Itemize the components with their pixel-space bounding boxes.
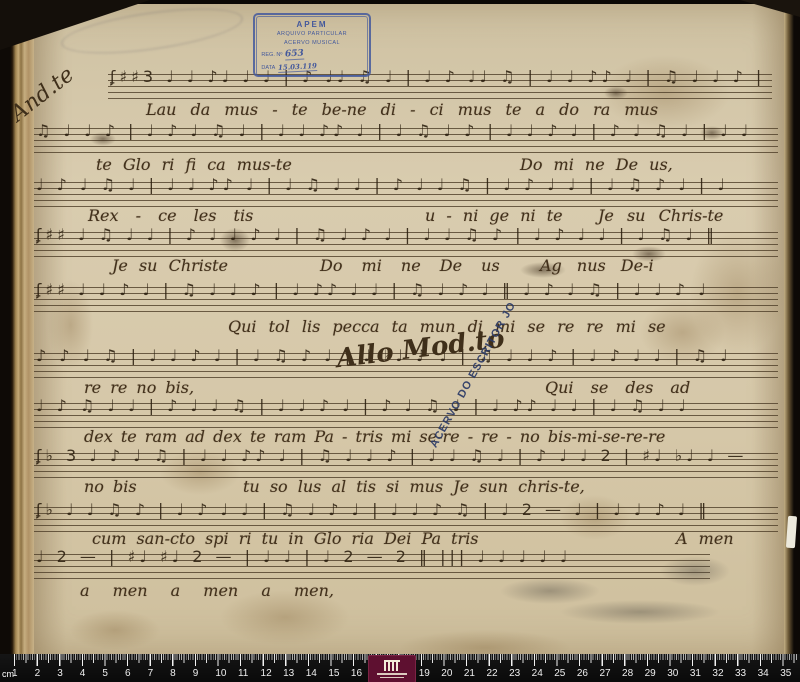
lyric-line-8a: no bis bbox=[84, 477, 137, 496]
ruler-number: 8 bbox=[170, 668, 193, 679]
stamp-date-label: DATA bbox=[261, 65, 275, 71]
music-notation: ʆ♯♯ ♩ ♩ ♪ ♩ | ♫ ♩ ♩ ♪ | ♩ ♪♪ ♩ ♩ | ♫ ♩ ♪… bbox=[36, 280, 780, 316]
ruler-number: 31 bbox=[690, 668, 713, 679]
ruler-number: 3 bbox=[57, 668, 80, 679]
ruler-number: 34 bbox=[758, 668, 781, 679]
lyric-line-1: Lau da mus - te be-ne di - ci mus te a d… bbox=[146, 100, 658, 119]
ruler-number: 19 bbox=[419, 668, 442, 679]
stamp-reg-value: 653 bbox=[285, 48, 304, 60]
staff-system-1: ʆ♯♯3 ♩ ♩ ♪♩ ♩ ♩ | ♪ ♩♩ ♫ ♩ | ♩ ♪ ♩♩ ♫ | … bbox=[108, 74, 772, 99]
music-notation: ♫ ♩ ♩ ♪ | ♩ ♪ ♩ ♫ ♩ | ♩ ♩ ♪♪ ♩ | ♩ ♫ ♩ ♪… bbox=[36, 121, 780, 157]
stamp-line2: ARQUIVO PARTICULAR bbox=[277, 31, 347, 37]
ruler-number: 30 bbox=[667, 668, 690, 679]
lyric-line-6a: re re no bis, bbox=[84, 378, 194, 397]
ruler-number: 1 bbox=[12, 668, 35, 679]
ruler-number: 25 bbox=[554, 668, 577, 679]
ruler-number: 32 bbox=[712, 668, 735, 679]
ruler-number: 33 bbox=[735, 668, 758, 679]
ruler-number: 4 bbox=[80, 668, 103, 679]
ruler-number: 22 bbox=[486, 668, 509, 679]
ruler-number: 20 bbox=[441, 668, 464, 679]
ruler-number: 29 bbox=[645, 668, 668, 679]
columns-emblem-icon bbox=[384, 660, 400, 671]
lyric-line-3c: Je su Chris-te bbox=[598, 206, 723, 225]
book-page-edge-right bbox=[784, 0, 800, 654]
staff-system-5: ʆ♯♯ ♩ ♩ ♪ ♩ | ♫ ♩ ♩ ♪ | ♩ ♪♪ ♩ ♩ | ♫ ♩ ♪… bbox=[34, 287, 778, 312]
staff-system-7: ♩ ♪ ♫ ♩ ♩ | ♪ ♩ ♩ ♫ | ♩ ♩ ♪ ♩ | ♪ ♩ ♫ ♩ … bbox=[34, 403, 778, 428]
measuring-ruler: cm 1234567891011121314151617181920212223… bbox=[0, 654, 800, 682]
lyric-line-4a: Je su Christe bbox=[112, 256, 228, 275]
lyric-line-7: dex te ram ad dex te ram Pa - tris mi se… bbox=[84, 427, 665, 446]
ruler-number: 15 bbox=[328, 668, 351, 679]
stamp-date-value: 15.03.119 bbox=[278, 61, 317, 73]
lyric-line-2a: te Glo ri fi ca mus-te bbox=[96, 155, 292, 174]
ruler-number: 26 bbox=[577, 668, 600, 679]
ruler-number: 11 bbox=[238, 668, 261, 679]
stamp-title: APEM bbox=[296, 20, 327, 29]
staff-system-10: ♩ 2 — | ♯♩ ♯♩ 2 — | ♩ ♩ | ♩ 2 — 2 ‖ ||| … bbox=[34, 554, 710, 579]
ruler-number: 28 bbox=[622, 668, 645, 679]
staff-system-4: ʆ♯♯ ♩ ♫ ♩ ♩ | ♪ ♩ ♩ ♪ ♩ | ♫ ♩ ♪ ♩ | ♩ ♩ … bbox=[34, 232, 778, 257]
lyric-line-8b: tu so lus al tis si mus Je sun chris-te, bbox=[243, 477, 585, 496]
lyric-line-3a: Rex - ce les tis bbox=[88, 206, 253, 225]
stamp-line3: ACERVO MUSICAL bbox=[284, 40, 340, 46]
archive-emblem-stamp bbox=[368, 655, 416, 682]
lyric-line-4b: Do mi ne De us bbox=[320, 256, 500, 275]
lyric-line-9a: cum san-cto spi ri tu in Glo ria Dei Pa … bbox=[92, 529, 479, 548]
ruler-number: 2 bbox=[35, 668, 58, 679]
stamp-reg-row: REG. Nº 653 bbox=[261, 49, 362, 60]
emblem-text-line bbox=[377, 673, 407, 675]
music-notation: ♩ 2 — | ♯♩ ♯♩ 2 — | ♩ ♩ | ♩ 2 — 2 ‖ ||| … bbox=[36, 547, 712, 583]
ruler-number: 14 bbox=[306, 668, 329, 679]
staff-system-2: ♫ ♩ ♩ ♪ | ♩ ♪ ♩ ♫ ♩ | ♩ ♩ ♪♪ ♩ | ♩ ♫ ♩ ♪… bbox=[34, 128, 778, 153]
staff-system-8: ʆ♭ 3 ♩ ♪ ♩ ♫ | ♩ ♩ ♪♪ ♩ | ♫ ♩ ♩ ♪ | ♩ ♩ … bbox=[34, 453, 778, 478]
ruler-number: 10 bbox=[215, 668, 238, 679]
ruler-number: 24 bbox=[532, 668, 555, 679]
staff-system-3: ♩ ♪ ♩ ♫ ♩ | ♩ ♩ ♪♪ ♩ | ♩ ♫ ♩ ♩ | ♪ ♩ ♩ ♫… bbox=[34, 182, 778, 207]
stamp-reg-label: REG. Nº bbox=[261, 52, 282, 58]
ruler-number: 9 bbox=[193, 668, 216, 679]
emblem-text-line bbox=[380, 677, 404, 679]
ruler-number: 7 bbox=[148, 668, 171, 679]
lyric-line-9b: A men bbox=[676, 529, 734, 548]
lyric-line-3b: u - ni ge ni te bbox=[425, 206, 563, 225]
library-stamp: APEM ARQUIVO PARTICULAR ACERVO MUSICAL R… bbox=[253, 13, 371, 77]
music-notation: ʆ♯♯3 ♩ ♩ ♪♩ ♩ ♩ | ♪ ♩♩ ♫ ♩ | ♩ ♪ ♩♩ ♫ | … bbox=[110, 67, 774, 103]
ruler-number: 23 bbox=[509, 668, 532, 679]
stamp-date-row: DATA 15.03.119 bbox=[261, 62, 362, 72]
ruler-number: 27 bbox=[599, 668, 622, 679]
lyric-line-6b: Qui se des ad bbox=[545, 378, 690, 397]
library-stamp-inner: APEM ARQUIVO PARTICULAR ACERVO MUSICAL R… bbox=[256, 16, 368, 76]
lyric-line-4c: Ag nus De-i bbox=[540, 256, 654, 275]
lyric-line-10: a men a men a men, bbox=[80, 581, 334, 600]
ruler-number: 21 bbox=[464, 668, 487, 679]
ruler-number: 5 bbox=[102, 668, 125, 679]
ruler-number: 35 bbox=[780, 668, 800, 679]
ruler-number: 6 bbox=[125, 668, 148, 679]
ruler-number: 12 bbox=[261, 668, 284, 679]
lyric-line-2b: Do mi ne De us, bbox=[520, 155, 673, 174]
ruler-number: 13 bbox=[283, 668, 306, 679]
